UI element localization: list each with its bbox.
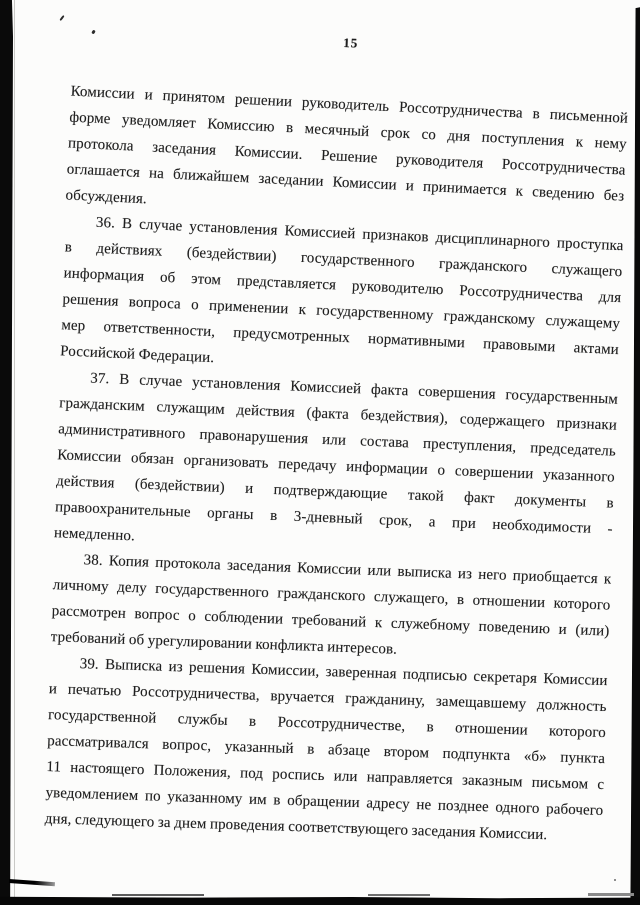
- paragraph-37: 37. В случае установления Комиссией факт…: [54, 364, 619, 568]
- page-body: 15 Комиссии и принятом решении руководит…: [44, 25, 630, 852]
- scan-noise-chip: [588, 893, 634, 896]
- scan-edge-left-shadow: [14, 0, 15, 905]
- scan-edge-right: [628, 0, 640, 905]
- scan-noise-chip: [368, 894, 430, 897]
- scan-dash-mark: [9, 879, 55, 886]
- paragraph-39: 39. Выписка из решения Комиссии, заверен…: [44, 650, 608, 850]
- scan-edge-left: [0, 0, 13, 905]
- ink-speck: [59, 15, 64, 21]
- scan-noise-chip: [112, 894, 204, 896]
- page-number: 15: [72, 25, 630, 62]
- paragraph-36: 36. В случае установления Комиссией приз…: [60, 208, 624, 389]
- scan-edge-bottom: [0, 895, 640, 905]
- ink-speck: [614, 879, 616, 881]
- scanned-page: 15 Комиссии и принятом решении руководит…: [0, 0, 640, 905]
